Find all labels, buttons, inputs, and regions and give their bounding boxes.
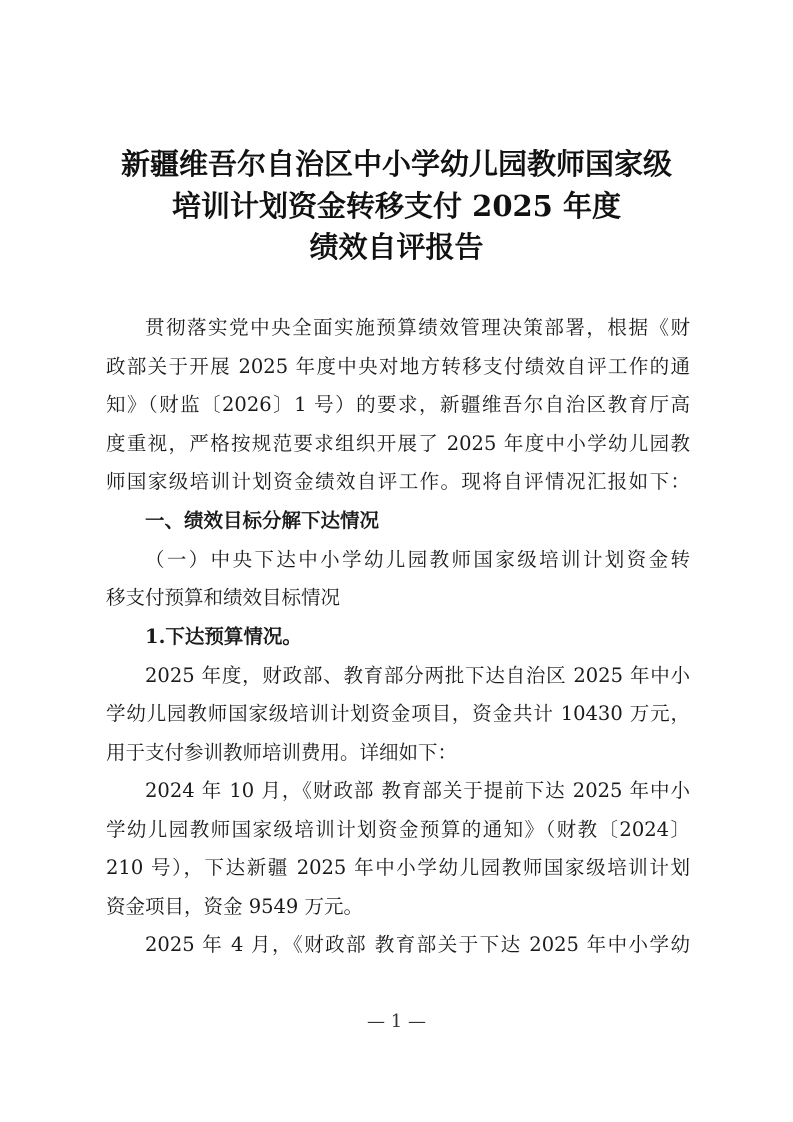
paragraph-line: 政部关于开展 2025 年度中央对地方转移支付绩效自评工作的通 [106,348,690,378]
paragraph-line: 师国家级培训计划资金绩效自评工作。现将自评情况汇报如下： [106,463,690,493]
document-title-line-2: 培训计划资金转移支付 2025 年度 [0,186,793,226]
paragraph-line: （一）中央下达中小学幼儿园教师国家级培训计划资金转 [145,541,690,571]
paragraph-line: 210 号），下达新疆 2025 年中小学幼儿园教师国家级培训计划 [106,849,690,879]
document-title-line-1: 新疆维吾尔自治区中小学幼儿园教师国家级 [0,144,793,184]
document-title-line-3: 绩效自评报告 [0,227,793,267]
paragraph-line: 移支付预算和绩效目标情况 [106,579,690,609]
page-number: — 1 — [0,1011,793,1032]
paragraph-line: 资金项目，资金 9549 万元。 [106,888,690,918]
document-page: 新疆维吾尔自治区中小学幼儿园教师国家级 培训计划资金转移支付 2025 年度 绩… [0,0,793,1122]
paragraph-line: 知》（财监〔2026〕1 号）的要求，新疆维吾尔自治区教育厅高 [106,386,690,416]
paragraph-line: 2025 年 4 月，《财政部 教育部关于下达 2025 年中小学幼 [145,926,690,956]
section-heading-heading3: 1.下达预算情况。 [145,618,690,648]
paragraph-line: 学幼儿园教师国家级培训计划资金项目，资金共计 10430 万元， [106,695,690,725]
paragraph-line: 度重视，严格按规范要求组织开展了 2025 年度中小学幼儿园教 [106,425,690,455]
paragraph-line: 学幼儿园教师国家级培训计划资金预算的通知》（财教〔2024〕 [106,811,690,841]
section-heading-heading1: 一、绩效目标分解下达情况 [145,502,690,532]
paragraph-line: 2024 年 10 月，《财政部 教育部关于提前下达 2025 年中小 [145,772,690,802]
paragraph-line: 2025 年度，财政部、教育部分两批下达自治区 2025 年中小 [145,657,690,687]
paragraph-line: 贯彻落实党中央全面实施预算绩效管理决策部署，根据《财 [145,309,690,339]
paragraph-line: 用于支付参训教师培训费用。详细如下： [106,734,690,764]
